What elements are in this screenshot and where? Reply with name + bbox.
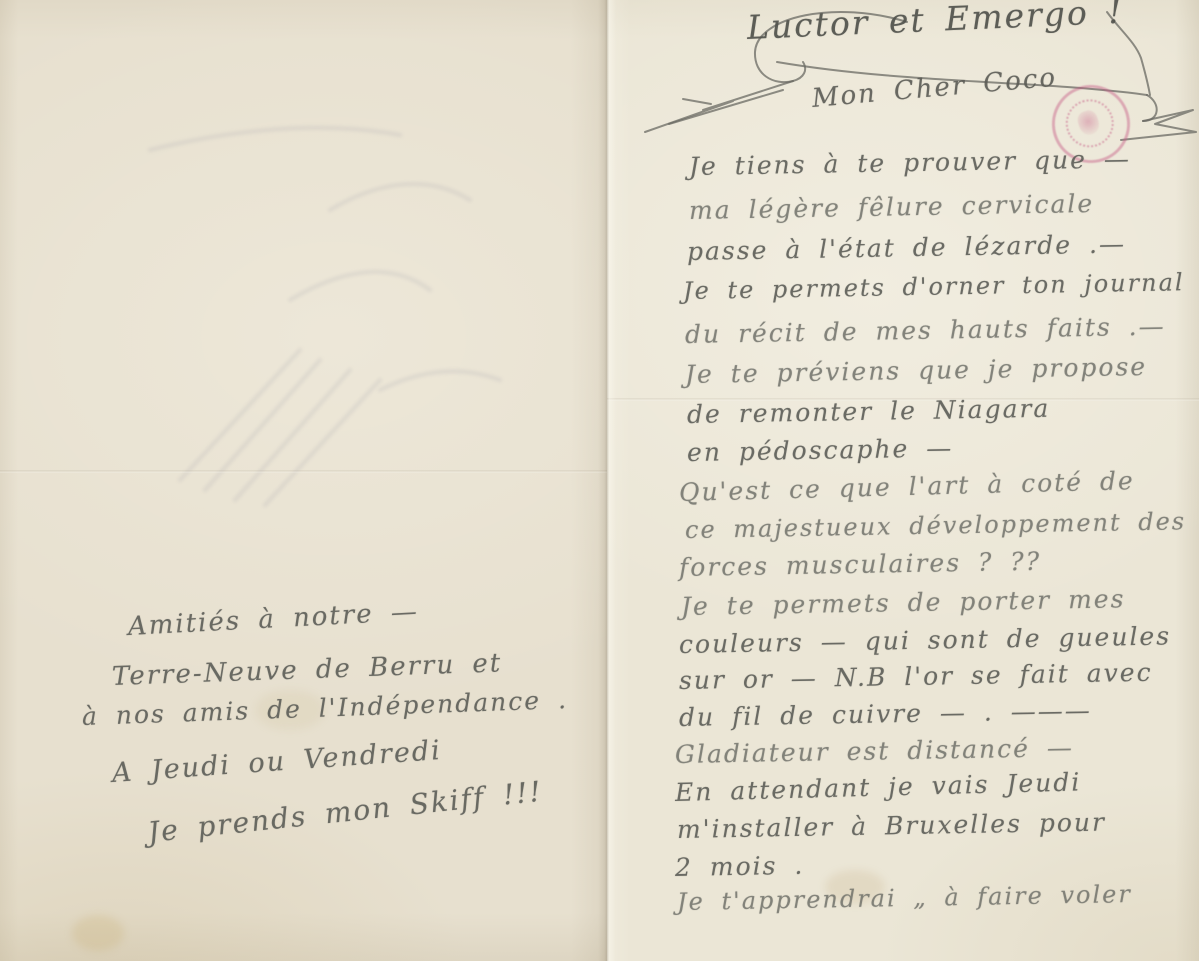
- handwriting-line: Je te préviens que je propose: [685, 352, 1148, 389]
- handwriting-line: en pédoscaphe —: [687, 433, 954, 467]
- handwriting-line: Je te permets de porter mes: [681, 584, 1126, 621]
- page-seam: [598, 0, 616, 961]
- handwriting-line: m'installer à Bruxelles pour: [677, 808, 1106, 844]
- handwriting-line: A Jeudi ou Vendredi: [111, 735, 443, 789]
- handwriting-line: Qu'est ce que l'art à coté de: [679, 466, 1135, 507]
- handwriting-line: sur or — N.B l'or se fait avec: [679, 658, 1153, 695]
- letter-page-right: Luctor et Emergo ! Mon Cher Coco Je tien…: [607, 0, 1199, 961]
- ghost-writing-showthrough: [0, 60, 600, 560]
- handwriting-line: forces musculaires ? ??: [679, 547, 1042, 582]
- handwriting-line: à nos amis de l'Indépendance .: [81, 685, 568, 731]
- paper-stain: [72, 915, 124, 951]
- handwriting-line: Je te permets d'orner ton journal: [683, 268, 1185, 305]
- handwriting-line: ce majestueux développement des: [685, 507, 1187, 544]
- handwriting-line: passe à l'état de lézarde .—: [687, 229, 1126, 266]
- handwriting-line: Je t'apprendrai „ à faire voler: [677, 880, 1132, 916]
- handwriting-line: de remonter le Niagara: [687, 394, 1051, 429]
- fold-crease: [0, 470, 607, 473]
- handwriting-line: Je prends mon Skiff !!!: [146, 775, 544, 849]
- handwriting-line: couleurs — qui sont de gueules: [679, 621, 1172, 659]
- handwriting-line: Gladiateur est distancé —: [675, 733, 1074, 769]
- handwriting-line: du fil de cuivre — . ———: [679, 696, 1092, 732]
- handwriting-line: Je tiens à te prouver que —: [689, 144, 1131, 181]
- motto-text: Luctor et Emergo !: [746, 0, 1124, 47]
- handwriting-line: 2 mois .: [675, 851, 805, 882]
- salutation-text: Mon Cher Coco: [811, 63, 1058, 114]
- letter-page-left: Amitiés à notre — Terre-Neuve de Berru e…: [0, 0, 607, 961]
- handwriting-line: Terre-Neuve de Berru et: [111, 648, 502, 692]
- handwriting-line: ma légère fêlure cervicale: [689, 189, 1095, 225]
- letter-scan: Amitiés à notre — Terre-Neuve de Berru e…: [0, 0, 1199, 961]
- handwriting-line: En attendant je vais Jeudi: [675, 767, 1082, 807]
- handwriting-line: du récit de mes hauts faits .—: [685, 312, 1166, 349]
- handwriting-line: Amitiés à notre —: [127, 597, 419, 642]
